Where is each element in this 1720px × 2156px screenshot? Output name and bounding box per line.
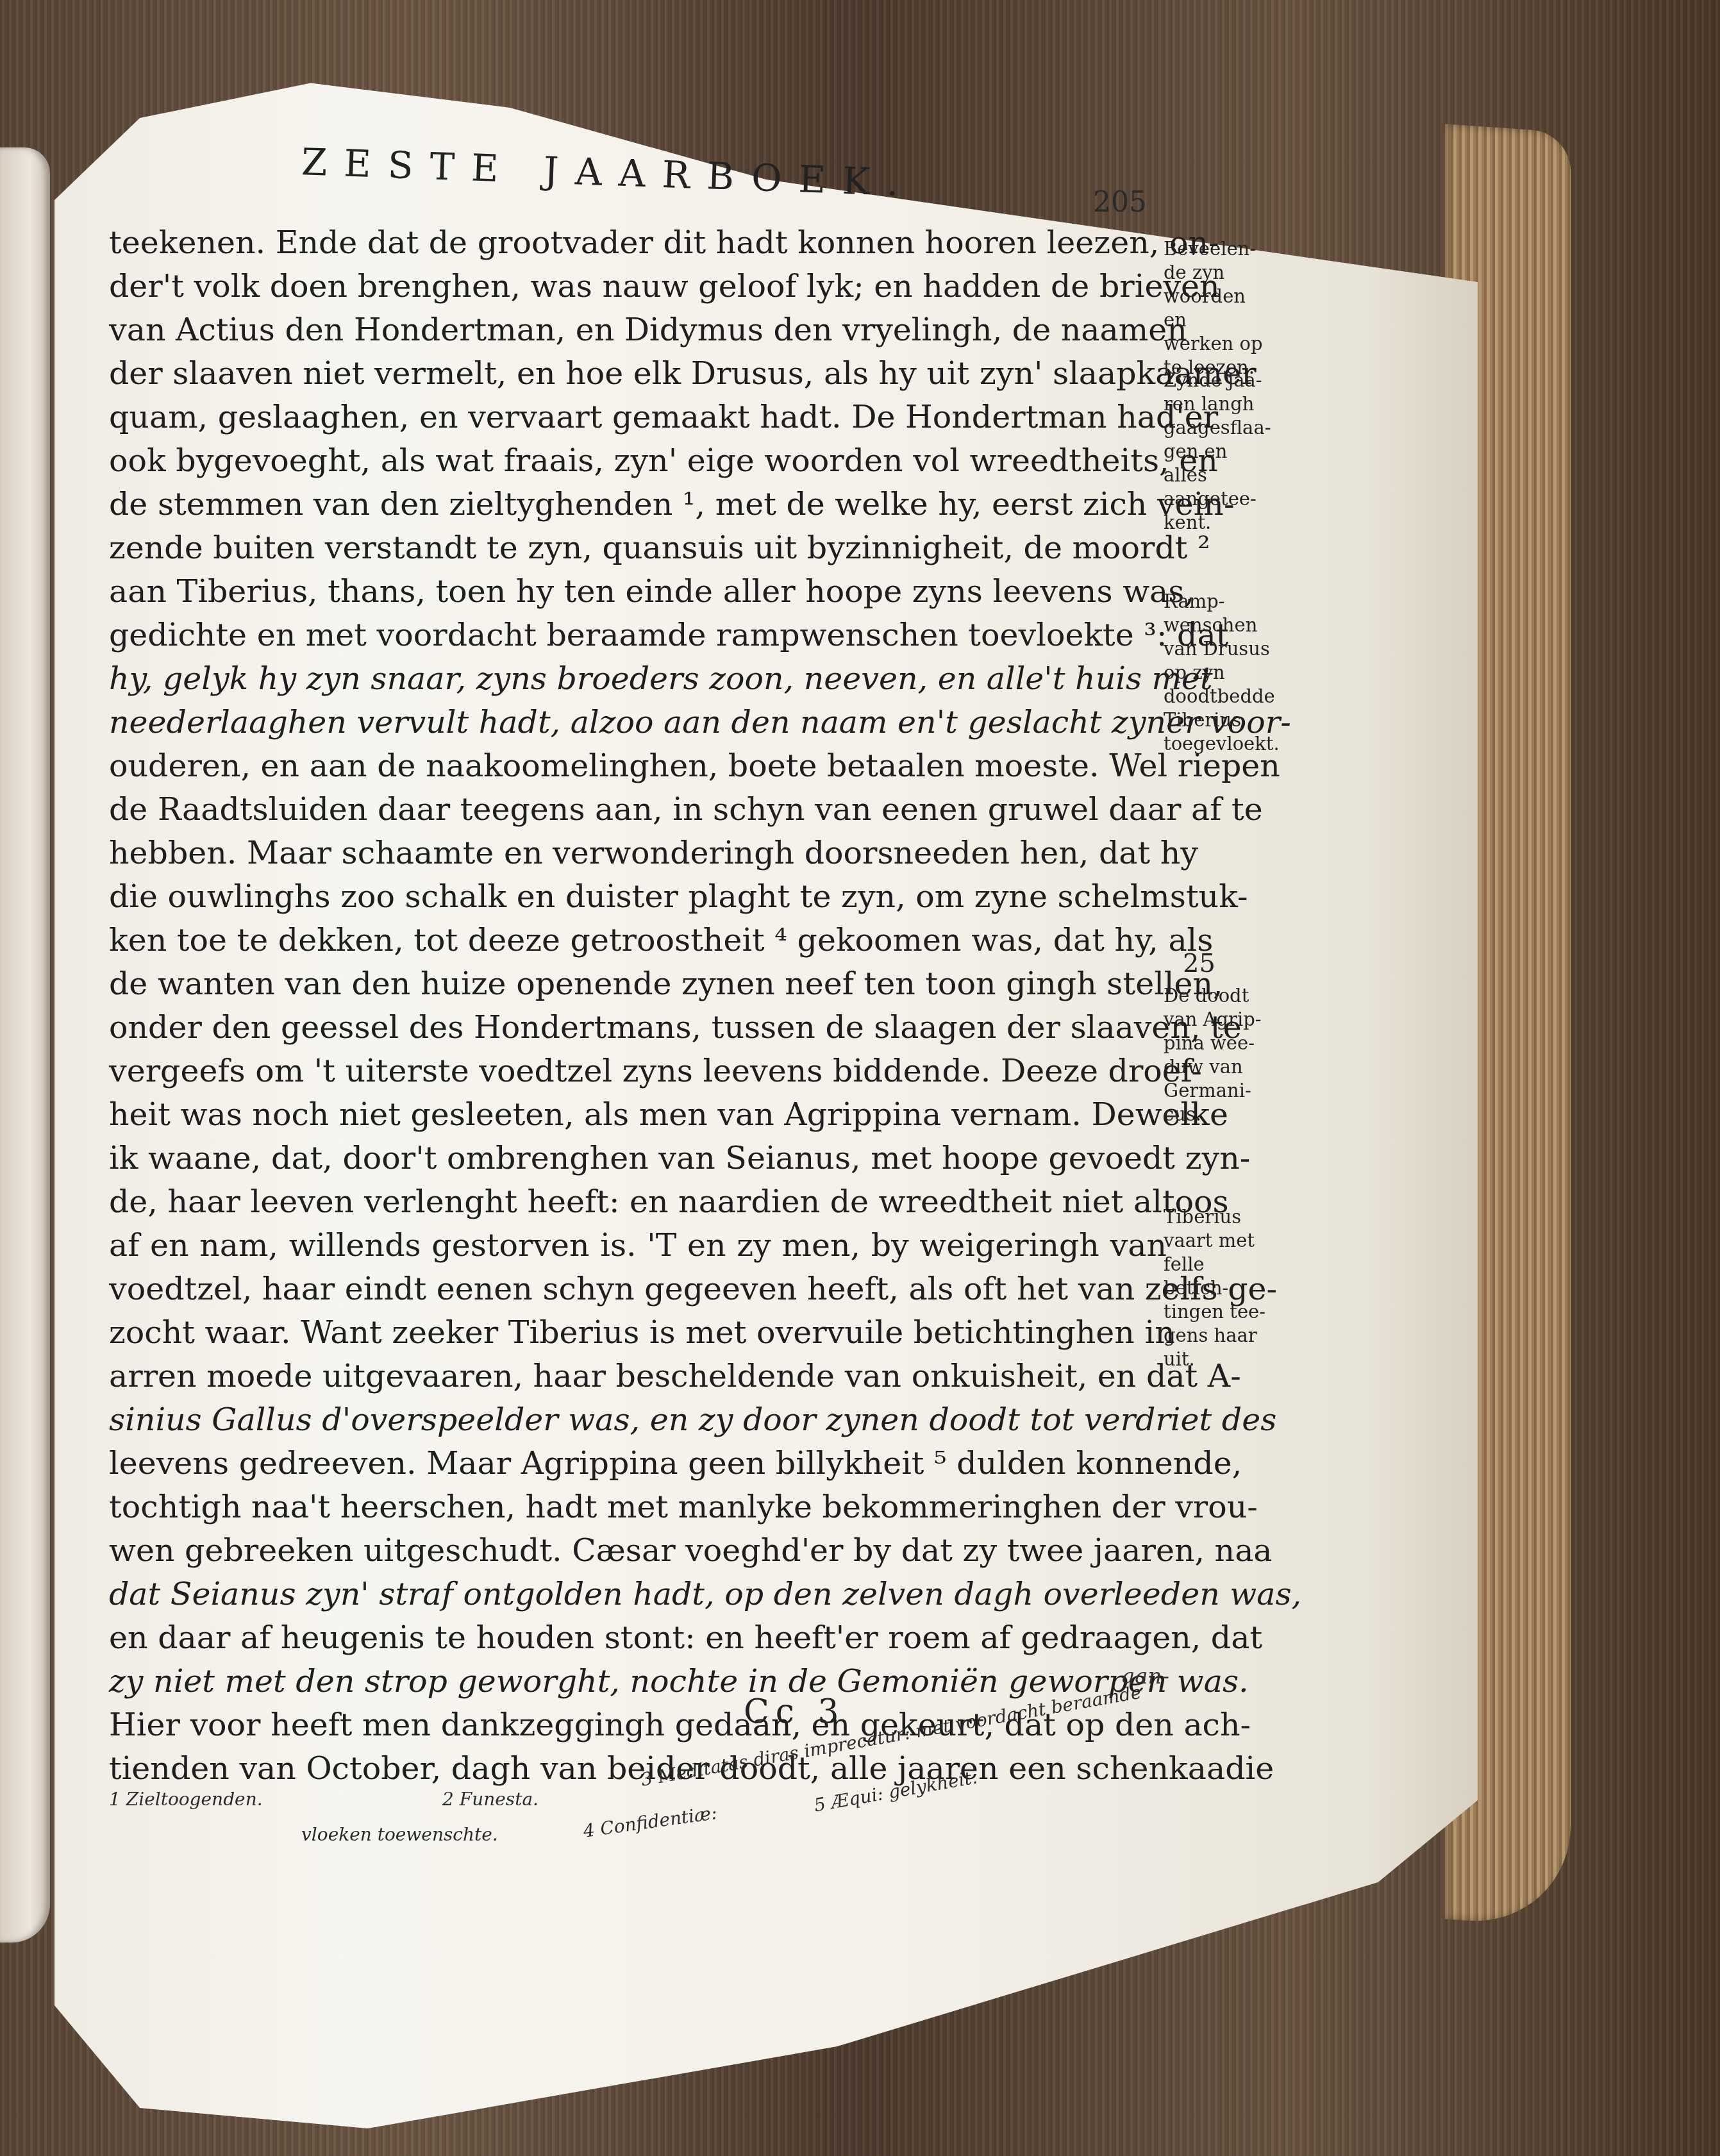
text-line: ook bygevoeght, als wat fraais, zyn' eig…: [109, 439, 1167, 483]
margin-note-line: van Drusus: [1164, 637, 1273, 661]
text-line: vergeefs om 't uiterste voedtzel zyns le…: [109, 1049, 1167, 1093]
margin-note-line: ren langh: [1164, 392, 1273, 416]
margin-note-line: kent.: [1164, 511, 1273, 535]
text-line-italic: sinius Gallus d'overspeelder was, en zy …: [109, 1398, 1167, 1442]
text-line: de stemmen van den zieltyghenden ¹, met …: [109, 483, 1167, 526]
margin-note-line: doodtbedde: [1164, 685, 1273, 708]
text-line: ik waane, dat, door't ombrenghen van Sei…: [109, 1137, 1167, 1180]
margin-note-line: gen en alles: [1164, 440, 1273, 487]
margin-note-line: vaart met: [1164, 1229, 1273, 1253]
text-line: zocht waar. Want zeeker Tiberius is met …: [109, 1311, 1167, 1355]
text-line: wen gebreeken uitgeschudt. Cæsar voeghd'…: [109, 1529, 1167, 1573]
margin-note-line: op zyn: [1164, 661, 1273, 685]
text-line: af en nam, willends gestorven is. 'T en …: [109, 1224, 1167, 1267]
margin-note-line: pina wee-: [1164, 1032, 1273, 1055]
text-line: van Actius den Hondertman, en Didymus de…: [109, 308, 1167, 352]
text-line: arren moede uitgevaaren, haar beschelden…: [109, 1355, 1167, 1398]
margin-note-line: gens haar: [1164, 1324, 1273, 1348]
margin-note-line: cus.: [1164, 1103, 1273, 1126]
text-line: tochtigh naa't heerschen, hadt met manly…: [109, 1485, 1167, 1529]
page-number: 205: [1093, 186, 1147, 219]
margin-note-line: gaagesflaa-: [1164, 416, 1273, 440]
text-line: onder den geessel des Hondertmans, tusse…: [109, 1006, 1167, 1049]
text-line: ken toe te dekken, tot deeze getroosthei…: [109, 919, 1167, 962]
text-line: gedichte en met voordacht beraamde rampw…: [109, 614, 1167, 657]
margin-note-line: van Agrip-: [1164, 1008, 1273, 1032]
text-line: heit was noch niet gesleeten, als men va…: [109, 1093, 1167, 1137]
margin-note-line: Beveelen-: [1164, 237, 1273, 261]
text-line: der slaaven niet vermelt, en hoe elk Dru…: [109, 352, 1167, 396]
margin-note-line: felle betich-: [1164, 1253, 1273, 1300]
text-line: der't volk doen brenghen, was nauw geloo…: [109, 265, 1167, 308]
margin-note-line: Zynde jaa-: [1164, 369, 1273, 392]
text-line-italic: neederlaaghen vervult hadt, alzoo aan de…: [109, 701, 1167, 744]
facing-page-edge: [0, 147, 50, 1943]
text-line: leevens gedreeven. Maar Agrippina geen b…: [109, 1442, 1167, 1485]
margin-note: Tiberius vaart met felle betich- tingen …: [1164, 1205, 1273, 1371]
margin-note-line: werken op: [1164, 332, 1273, 356]
body-text: teekenen. Ende dat de grootvader dit had…: [109, 221, 1167, 1791]
footnote: vloeken toewenschte.: [301, 1824, 498, 1845]
margin-note-line: aangetee-: [1164, 487, 1273, 511]
signature-mark: Cc 3: [744, 1692, 846, 1731]
text-line-italic: zy niet met den strop geworght, nochte i…: [109, 1660, 1167, 1703]
margin-note: De doodt van Agrip- pina wee- duw van Ge…: [1164, 984, 1273, 1126]
text-line-italic: hy, gelyk hy zyn snaar, zyns broeders zo…: [109, 657, 1167, 701]
text-line: ouderen, en aan de naakoomelinghen, boet…: [109, 744, 1167, 788]
text-line: en daar af heugenis te houden stont: en …: [109, 1616, 1167, 1660]
text-line: voedtzel, haar eindt eenen schyn gegeeve…: [109, 1267, 1167, 1311]
text-line: die ouwlinghs zoo schalk en duister plag…: [109, 875, 1167, 919]
margin-note: Zynde jaa- ren langh gaagesflaa- gen en …: [1164, 369, 1273, 535]
text-line: de Raadtsluiden daar teegens aan, in sch…: [109, 788, 1167, 831]
margin-note-line: uit.: [1164, 1348, 1273, 1371]
text-line: de wanten van den huize openende zynen n…: [109, 962, 1167, 1006]
margin-note: Beveelen- de zyn woorden en werken op te…: [1164, 237, 1273, 380]
text-line: tienden van October, dagh van beider doo…: [109, 1747, 1167, 1791]
margin-note-line: de zyn: [1164, 261, 1273, 285]
margin-note-line: Tiberius: [1164, 708, 1273, 732]
footnote: 2 Funesta.: [442, 1789, 539, 1810]
text-line: teekenen. Ende dat de grootvader dit had…: [109, 221, 1167, 265]
margin-note-line: Ramp-: [1164, 590, 1273, 614]
text-line: zende buiten verstandt te zyn, quansuis …: [109, 526, 1167, 570]
margin-note-line: toegevloekt.: [1164, 732, 1273, 756]
margin-note-line: De doodt: [1164, 984, 1273, 1008]
text-line: de, haar leeven verlenght heeft: en naar…: [109, 1180, 1167, 1224]
margin-note: Ramp- wenschen van Drusus op zyn doodtbe…: [1164, 590, 1273, 756]
margin-note-line: tingen tee-: [1164, 1300, 1273, 1324]
text-line: quam, geslaaghen, en vervaart gemaakt ha…: [109, 396, 1167, 439]
footnote: 1 Zieltoogenden.: [109, 1789, 263, 1810]
margin-note-line: Germani-: [1164, 1079, 1273, 1103]
text-line-italic: dat Seianus zyn' straf ontgolden hadt, o…: [109, 1573, 1167, 1616]
margin-note-line: Tiberius: [1164, 1205, 1273, 1229]
margin-note-line: woorden en: [1164, 285, 1273, 332]
section-number: 25: [1183, 949, 1215, 978]
margin-note-line: duw van: [1164, 1055, 1273, 1079]
text-line: hebben. Maar schaamte en verwonderingh d…: [109, 831, 1167, 875]
text-line: aan Tiberius, thans, toen hy ten einde a…: [109, 570, 1167, 614]
margin-note-line: wenschen: [1164, 614, 1273, 637]
